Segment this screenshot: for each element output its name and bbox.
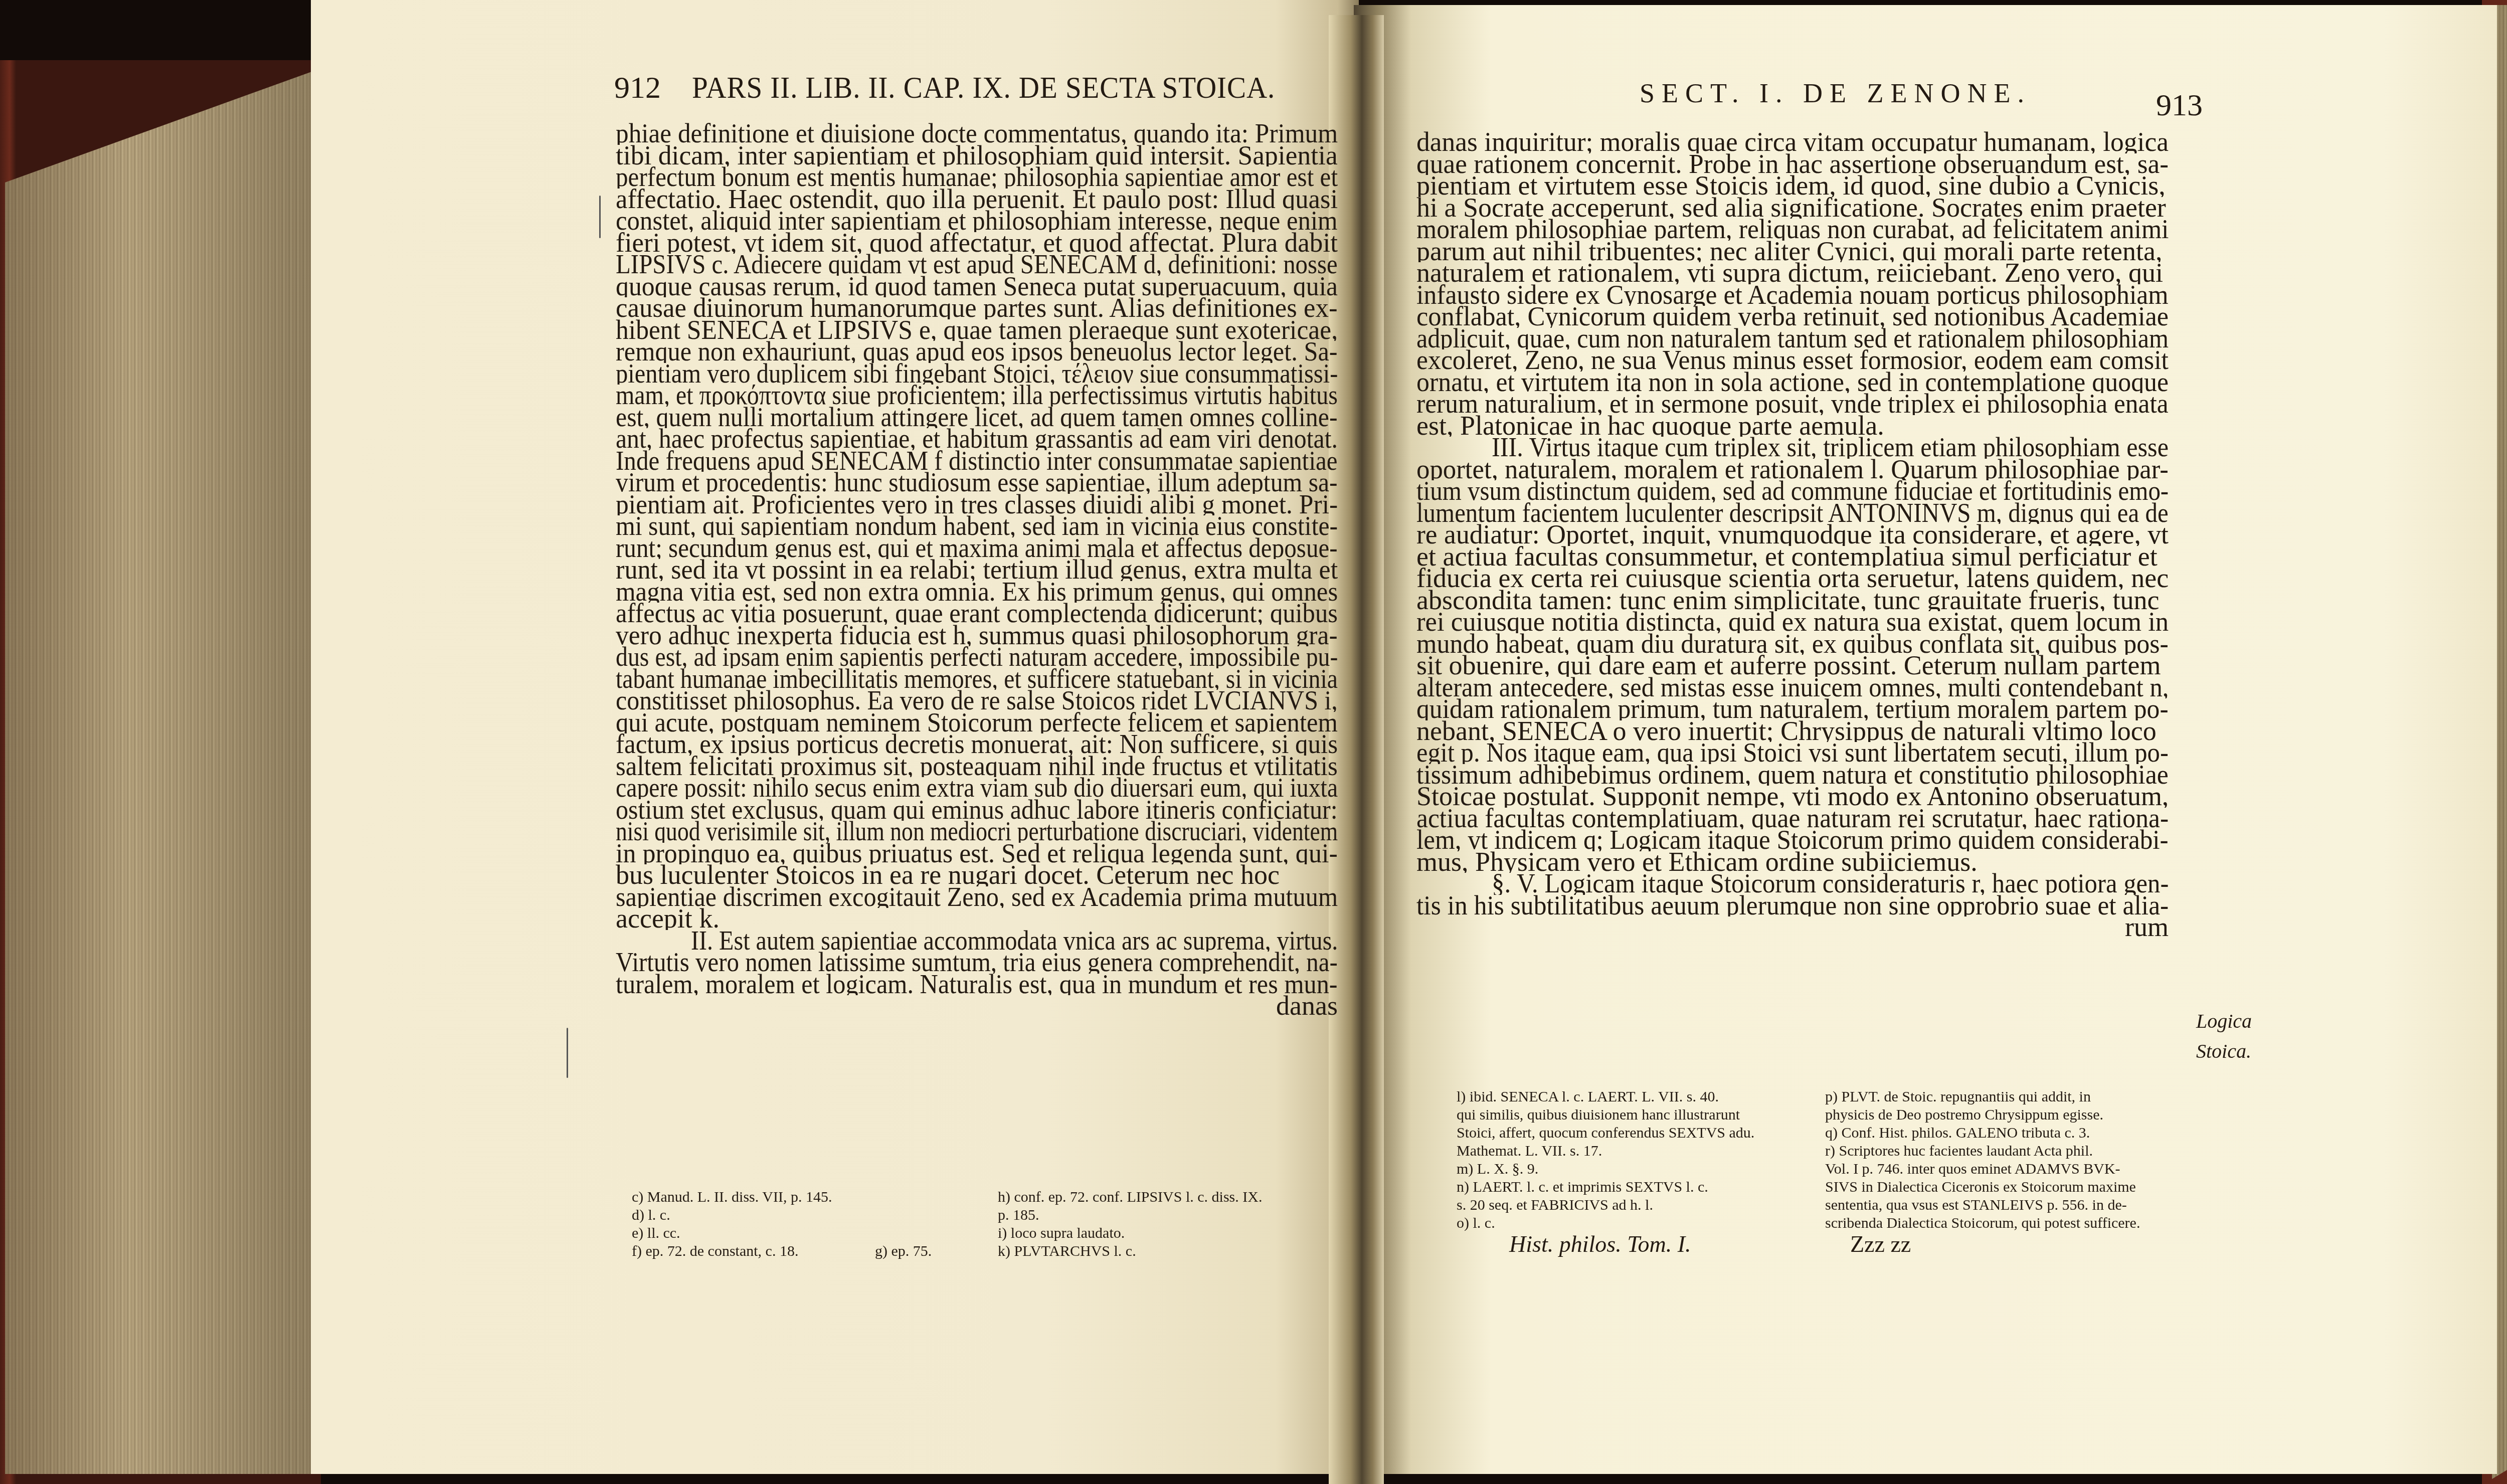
text-line: phiae definitione et diuisione docte com… xyxy=(616,123,1338,145)
pencil-mark xyxy=(599,196,601,238)
footnote: i) loco supra laudato. xyxy=(998,1224,1359,1242)
marginal-note: Logica Stoica. xyxy=(2196,1006,2252,1066)
pencil-mark xyxy=(567,1028,568,1078)
left-running-head: PARS II. LIB. II. CAP. IX. DE SECTA STOI… xyxy=(692,70,1275,106)
footnote: qui similis, quibus diuisionem hanc illu… xyxy=(1457,1106,1818,1124)
text-line: hibent SENECA et LIPSIVS e, quae tamen p… xyxy=(616,319,1338,341)
footnote: physicis de Deo postremo Chrysippum egis… xyxy=(1825,1106,2206,1124)
text-line: tibi dicam, inter sapientiam et philosop… xyxy=(616,145,1338,167)
text-line: infausto sidere ex Cynosarge et Academia… xyxy=(1416,284,2169,306)
footnote: o) l. c. xyxy=(1457,1214,1818,1232)
text-line: constet, aliquid inter sapientiam et phi… xyxy=(616,210,1338,232)
text-line: fiducia ex certa rei cuiusque scientia o… xyxy=(1416,568,2169,590)
footnote: d) l. c. xyxy=(632,1206,933,1224)
text-line: affectus ac vitia posuerunt, quae erant … xyxy=(616,603,1338,625)
text-line: III. Virtus itaque cum triplex sit, trip… xyxy=(1416,437,2169,459)
text-line: lem, vt indicem q; Logicam itaque Stoico… xyxy=(1416,829,2169,851)
text-line: abscondita tamen: tunc enim simplicitate… xyxy=(1416,590,2169,612)
footnote: r) Scriptores huc facientes laudant Acta… xyxy=(1825,1142,2206,1160)
text-line: dus est, ad ipsam enim sapientis perfect… xyxy=(616,646,1338,668)
text-line: Stoicae postulat. Supponit nempe, vti mo… xyxy=(1416,786,2169,808)
marginal-note-line: Stoica. xyxy=(2196,1036,2252,1066)
text-line: constitisset philosophus. Ea vero de re … xyxy=(616,690,1338,712)
text-line: danas inquiritur; moralis quae circa vit… xyxy=(1416,131,2169,153)
text-line: quidam rationalem primum, tum naturalem,… xyxy=(1416,698,2169,720)
text-line: runt; secundum genus est, qui et maxima … xyxy=(616,537,1338,560)
text-line: fieri potest, vt idem sit, quod affectat… xyxy=(616,232,1338,254)
right-page-text: danas inquiritur; moralis quae circa vit… xyxy=(1416,131,2169,939)
footnote: m) L. X. §. 9. xyxy=(1457,1160,1818,1178)
text-line: in propinquo ea, quibus priuatus est. Se… xyxy=(616,843,1338,865)
left-footnotes-col2: h) conf. ep. 72. conf. LIPSIVS l. c. dis… xyxy=(998,1188,1359,1260)
text-line: LIPSIVS c. Adiecere quidam vt est apud S… xyxy=(616,254,1338,276)
text-line: causae diuinorum humanorumque partes sun… xyxy=(616,297,1338,319)
text-line: mundo habeat, quam diu duratura sit, ex … xyxy=(1416,633,2169,655)
text-line: quoque causas rerum, id quod tamen Senec… xyxy=(616,276,1338,298)
footnote: c) Manud. L. II. diss. VII, p. 145. xyxy=(632,1188,933,1206)
text-line: runt, sed ita vt possint in ea relabi; t… xyxy=(616,559,1338,581)
text-line: est, quem nulli mortalium attingere lice… xyxy=(616,407,1338,429)
text-line: egit p. Nos itaque eam, qua ipsi Stoici … xyxy=(1416,742,2169,764)
footnote: k) PLVTARCHVS l. c. xyxy=(998,1242,1359,1260)
text-line: §. V. Logicam itaque Stoicorum considera… xyxy=(1416,873,2169,895)
text-line: rum xyxy=(1416,916,2169,939)
text-line: Virtutis vero nomen latissime sumtum, tr… xyxy=(616,952,1338,974)
left-page-text: phiae definitione et diuisione docte com… xyxy=(616,123,1338,1017)
text-line: vero adhuc inexperta fiducia est h, summ… xyxy=(616,625,1338,647)
footnote: scribenda Dialectica Stoicorum, qui pote… xyxy=(1825,1214,2206,1232)
text-line: mam, et προκόπτοντα siue proficientem; i… xyxy=(616,385,1338,407)
text-line: parum aut nihil tribuentes; nec aliter C… xyxy=(1416,241,2169,263)
left-page-number: 912 xyxy=(614,70,661,106)
footnote: q) Conf. Hist. philos. GALENO tributa c.… xyxy=(1825,1124,2206,1142)
text-line: alteram antecedere, sed mistas esse inui… xyxy=(1416,677,2169,699)
signature-title: Hist. philos. Tom. I. xyxy=(1509,1231,1691,1257)
left-footnote-g: g) ep. 75. xyxy=(875,1242,932,1260)
signature-mark: Zzz zz xyxy=(1850,1231,1911,1257)
text-line: tium vsum distinctum quidem, sed ad comm… xyxy=(1416,480,2169,502)
text-line: naturalem et rationalem, vti supra dictu… xyxy=(1416,262,2169,284)
text-line: rei cuiusque notitia distincta, quid ex … xyxy=(1416,611,2169,633)
footnote: e) ll. cc. xyxy=(632,1224,933,1242)
text-line: magna vitia est, sed non extra omnia. Ex… xyxy=(616,581,1338,603)
text-line: mi sunt, qui sapientiam nondum habent, s… xyxy=(616,515,1338,537)
right-page-number: 913 xyxy=(2156,88,2203,123)
text-line: perfectum bonum est mentis humanae; phil… xyxy=(616,166,1338,189)
text-line: est, Platonicae in hac quoque parte aemu… xyxy=(1416,415,2169,437)
text-line: pientiam ait. Proficientes vero in tres … xyxy=(616,494,1338,516)
marginal-note-line: Logica xyxy=(2196,1006,2252,1036)
right-running-head: SECT. I. DE ZENONE. xyxy=(1640,78,2031,109)
text-line: turalem, moralem et logicam. Naturalis e… xyxy=(616,974,1338,996)
text-line: nisi quod verisimile sit, illum non medi… xyxy=(616,821,1338,843)
text-line: Inde frequens apud SENECAM f distinctio … xyxy=(616,450,1338,472)
text-line: tis in his subtilitatibus aeuum plerumqu… xyxy=(1416,895,2169,917)
text-line: excoleret, Zeno, ne sua Venus minus esse… xyxy=(1416,349,2169,372)
text-line: accepit k. xyxy=(616,908,1338,930)
text-line: pientiam et virtutem esse Stoicis idem, … xyxy=(1416,175,2169,197)
footnote: p) PLVT. de Stoic. repugnantiis qui addi… xyxy=(1825,1088,2206,1106)
text-line: ornatu, et virtutem ita non in sola acti… xyxy=(1416,372,2169,394)
footnote: p. 185. xyxy=(998,1206,1359,1224)
text-line: factum, ex ipsius porticus decretis monu… xyxy=(616,733,1338,756)
text-line: sit obuenire, qui dare eam et auferre po… xyxy=(1416,655,2169,677)
text-line: ant, haec profectus sapientiae, et habit… xyxy=(616,428,1338,450)
text-line: mus, Physicam vero et Ethicam ordine sub… xyxy=(1416,851,2169,873)
text-line: conflabat, Cynicorum quidem verba retinu… xyxy=(1416,306,2169,328)
text-line: virum et procedentis: hunc studiosum ess… xyxy=(616,472,1338,494)
text-line: re audiatur: Oportet, inquit, vnumquodqu… xyxy=(1416,524,2169,546)
text-line: quae rationem concernit. Probe in hac as… xyxy=(1416,153,2169,175)
text-line: adplicuit, quae, cum non naturalem tantu… xyxy=(1416,328,2169,350)
text-line: oportet, naturalem, moralem et rationale… xyxy=(1416,459,2169,481)
text-line: affectatio. Haec ostendit, quo illa peru… xyxy=(616,189,1338,211)
text-line: moralem philosophiae partem, reliquas no… xyxy=(1416,219,2169,241)
footnote: s. 20 seq. et FABRICIVS ad h. l. xyxy=(1457,1196,1818,1214)
text-line: bus luculenter Stoicos in ea re nugari d… xyxy=(616,864,1338,886)
text-line: lumentum facientem luculenter descripsit… xyxy=(1416,502,2169,524)
right-footnotes-col1: l) ibid. SENECA l. c. LAERT. L. VII. s. … xyxy=(1457,1088,1818,1232)
text-line: nebant, SENECA o vero inuertit; Chrysipp… xyxy=(1416,720,2169,743)
text-line: rerum naturalium, et in sermone posuit, … xyxy=(1416,393,2169,415)
text-line: remque non exhauriunt, quas apud eos ips… xyxy=(616,341,1338,363)
footnote: l) ibid. SENECA l. c. LAERT. L. VII. s. … xyxy=(1457,1088,1818,1106)
text-line: et actiua facultas consummetur, et conte… xyxy=(1416,546,2169,568)
footnote: n) LAERT. l. c. et imprimis SEXTVS l. c. xyxy=(1457,1178,1818,1196)
text-line: sapientiae discrimen excogitauit Zeno, s… xyxy=(616,886,1338,908)
text-line: hi a Socrate acceperunt, sed alia signif… xyxy=(1416,197,2169,219)
footnote: Vol. I p. 746. inter quos eminet ADAMVS … xyxy=(1825,1160,2206,1178)
text-line: danas xyxy=(616,995,1338,1017)
footnote: Stoici, affert, quocum conferendus SEXTV… xyxy=(1457,1124,1818,1142)
footnote: SIVS in Dialectica Ciceronis ex Stoicoru… xyxy=(1825,1178,2206,1196)
text-line: pientiam vero duplicem sibi fingebant St… xyxy=(616,363,1338,385)
right-footnotes-col2: p) PLVT. de Stoic. repugnantiis qui addi… xyxy=(1825,1088,2206,1232)
text-line: tabant humanae imbecillitatis memores, e… xyxy=(616,668,1338,690)
footnote: h) conf. ep. 72. conf. LIPSIVS l. c. dis… xyxy=(998,1188,1359,1206)
page-stack-left xyxy=(5,70,316,1474)
text-line: actiua facultas contemplatiuam, quae nat… xyxy=(1416,808,2169,830)
text-line: II. Est autem sapientiae accommodata vni… xyxy=(616,930,1338,952)
text-line: tissimum adhibebimus ordinem, quem natur… xyxy=(1416,764,2169,786)
text-line: capere possit: nihilo secus enim extra v… xyxy=(616,777,1338,799)
text-line: qui acute, postquam neminem Stoicorum pe… xyxy=(616,712,1338,734)
text-line: ostium stet exclusus, quam qui eminus ad… xyxy=(616,799,1338,821)
text-line: saltem felicitati proximus sit, posteaqu… xyxy=(616,756,1338,778)
footnote: Mathemat. L. VII. s. 17. xyxy=(1457,1142,1818,1160)
footnote: g) ep. 75. xyxy=(875,1242,932,1260)
footnote: sententia, qua vsus est STANLEIVS p. 556… xyxy=(1825,1196,2206,1214)
